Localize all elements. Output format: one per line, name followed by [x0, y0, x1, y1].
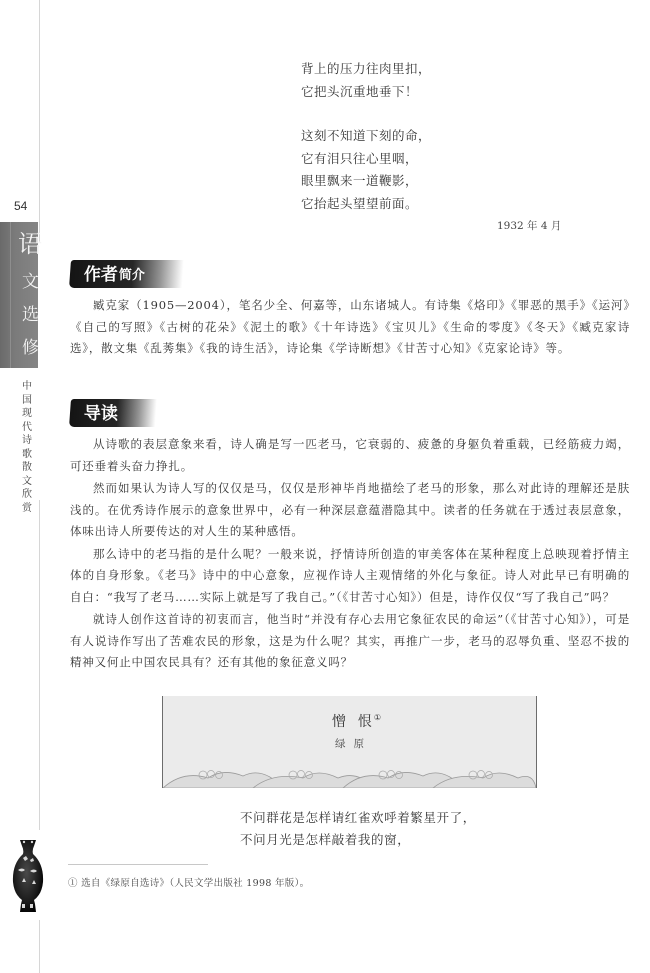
- poem-author: 绿原: [163, 736, 536, 751]
- guide-body: 从诗歌的表层意象来看，诗人确是写一匹老马，它衰弱的、疲惫的身躯负着重载，已经筋疲…: [70, 434, 630, 675]
- poem-line: 背上的压力往肉里扣，: [301, 58, 431, 81]
- section-badge-author: 作者 简介: [69, 260, 184, 288]
- badge-subtitle: 简介: [119, 264, 145, 288]
- poem-line: 这刻不知道下刻的命，: [301, 125, 431, 148]
- side-band-edge: [10, 222, 11, 368]
- poem-line: 它有泪只往心里咽，: [301, 148, 431, 171]
- guide-paragraph: 就诗人创作这首诗的初衷而言，他当时“并没有存心去用它象征农民的命运”（《甘苦寸心…: [70, 609, 630, 674]
- margin-rule-middle: [39, 500, 40, 830]
- poem-line: 它把头沉重地垂下！: [301, 81, 431, 104]
- poem-title-banner: 憎恨① 绿原: [162, 696, 537, 788]
- side-subtitle: 中国现代诗歌散文欣赏: [20, 380, 34, 515]
- side-band-char: 修: [22, 340, 38, 357]
- side-band-char: 文: [22, 274, 38, 291]
- footnote: ① 选自《绿原自选诗》（人民文学出版社 1998 年版）。: [68, 875, 309, 889]
- vase-icon: [8, 838, 48, 914]
- poem-date: 1932 年 4 月: [497, 218, 561, 233]
- wave-pattern-icon: [163, 766, 536, 788]
- badge-title: 导读: [84, 401, 118, 427]
- poem-line: 不问群花是怎样请红雀欢呼着繁星开了，: [240, 807, 476, 829]
- guide-paragraph: 然而如果认为诗人写的仅仅是马，仅仅是形神毕肖地描绘了老马的形象，那么对此诗的理解…: [70, 478, 630, 543]
- badge-title: 作者: [84, 262, 118, 288]
- footnote-divider: [68, 864, 208, 865]
- next-poem-lines: 不问群花是怎样请红雀欢呼着繁星开了， 不问月光是怎样敲着我的窗，: [240, 807, 476, 851]
- poem-stanza-1: 背上的压力往肉里扣， 它把头沉重地垂下！: [301, 58, 431, 103]
- poem-title: 憎恨①: [163, 711, 536, 731]
- margin-rule-bottom: [39, 920, 40, 973]
- guide-paragraph: 那么诗中的老马指的是什么呢？一般来说，抒情诗所创造的审美客体在某种程度上总映现着…: [70, 544, 630, 609]
- side-band-char: 语: [18, 232, 40, 256]
- poem-line: 不问月光是怎样敲着我的窗，: [240, 829, 476, 851]
- poem-line: 它抬起头望望前面。: [301, 193, 431, 216]
- side-band: 语 文 选 修: [0, 222, 38, 368]
- side-band-char: 选: [22, 307, 38, 324]
- guide-paragraph: 从诗歌的表层意象来看，诗人确是写一匹老马，它衰弱的、疲惫的身躯负着重载，已经筋疲…: [70, 434, 630, 477]
- section-badge-guide: 导读: [69, 399, 157, 427]
- page-number: 54: [14, 199, 27, 213]
- margin-rule-top: [39, 0, 40, 243]
- poem-line: 眼里飘来一道鞭影，: [301, 170, 431, 193]
- poem-stanza-2: 这刻不知道下刻的命， 它有泪只往心里咽， 眼里飘来一道鞭影， 它抬起头望望前面。: [301, 125, 431, 215]
- footnote-marker[interactable]: ①: [374, 713, 381, 722]
- author-bio: 臧克家（1905—2004），笔名少全、何嘉等，山东诸城人。有诗集《烙印》《罪恶…: [70, 295, 630, 360]
